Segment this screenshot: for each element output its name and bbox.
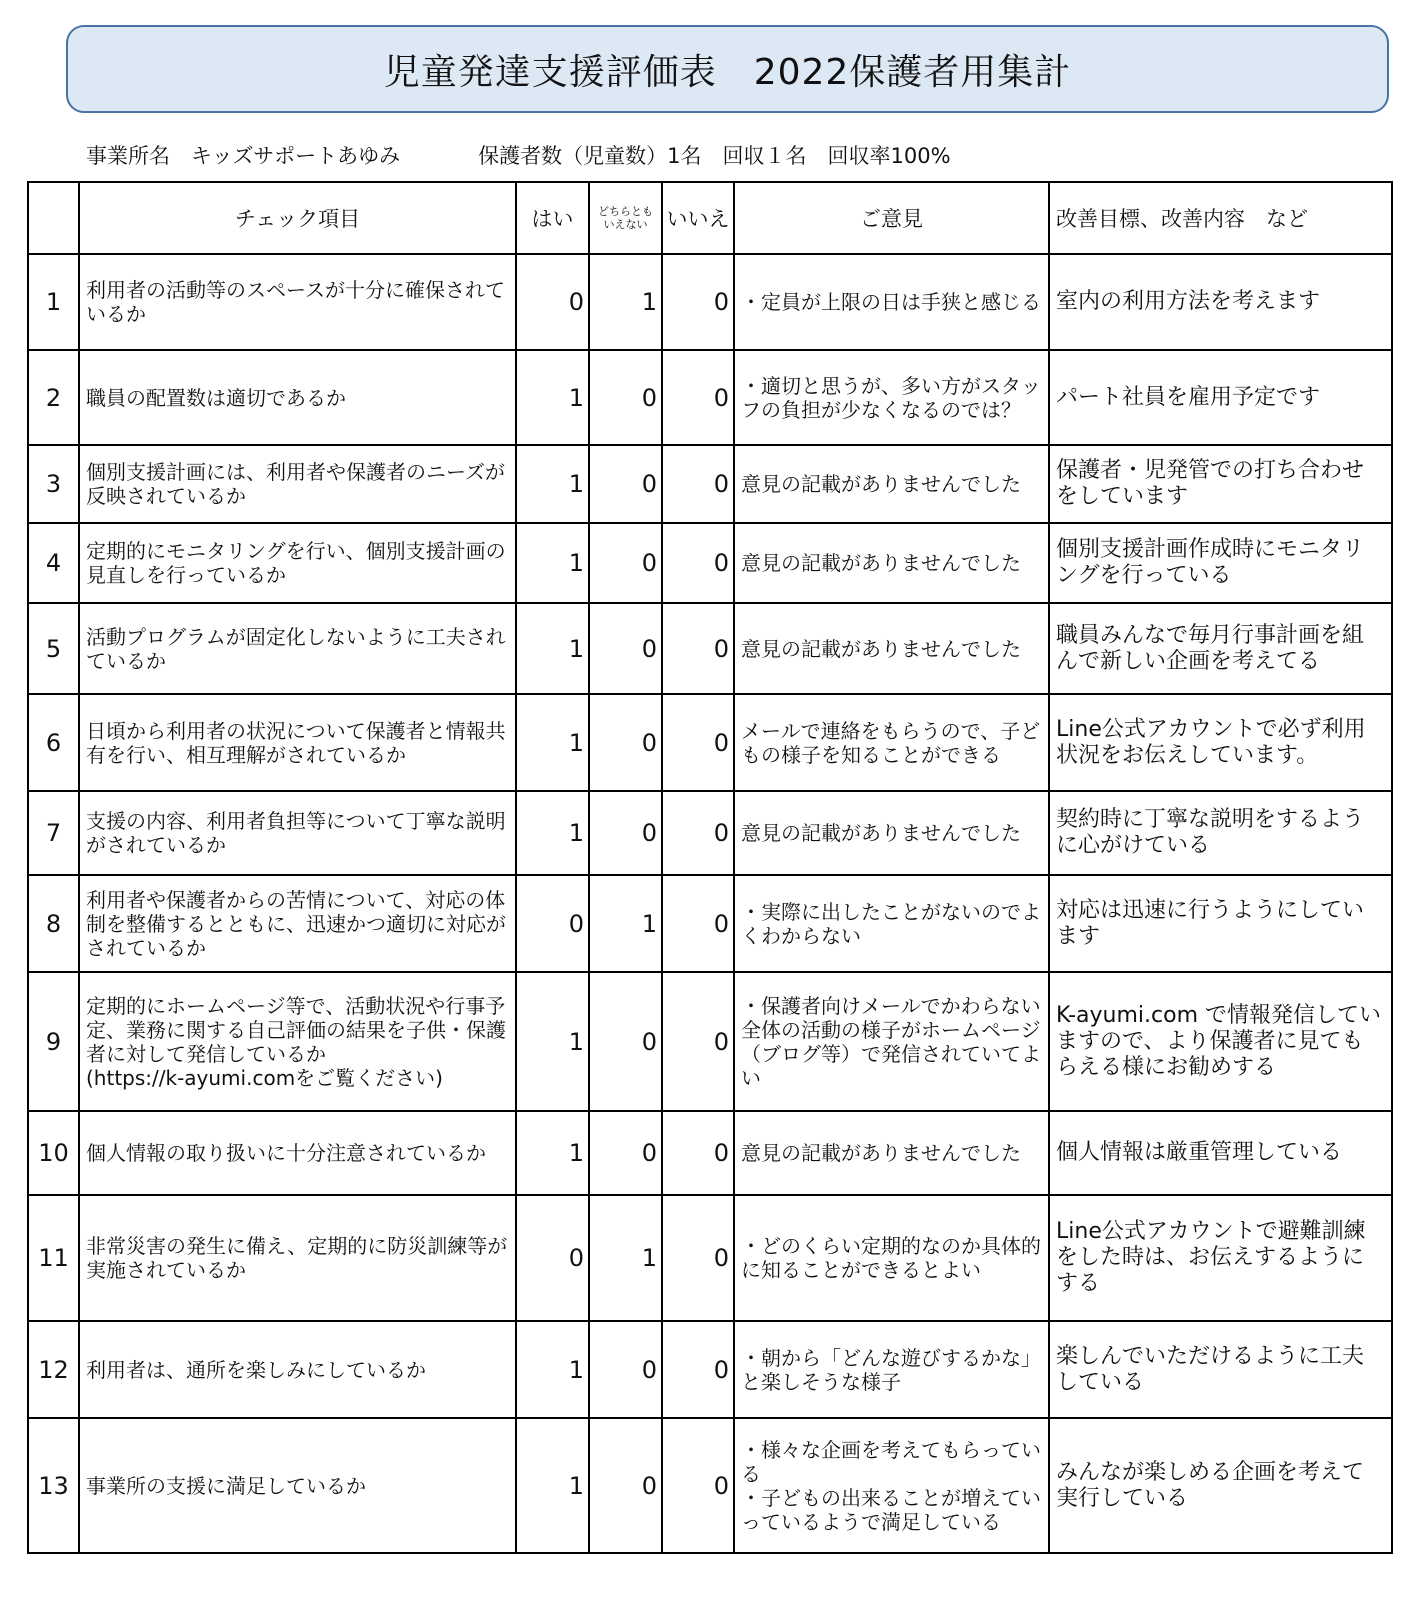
improvement: 対応は迅速に行うようにしています — [1049, 875, 1392, 972]
opinion: ・適切と思うが、多い方がスタッフの負担が少なくなるのでは？ — [734, 350, 1049, 445]
row-number: 9 — [28, 972, 79, 1111]
count-yes: 1 — [516, 694, 589, 791]
table-row: 9 定期的にホームページ等で、活動状況や行事予定、業務に関する自己評価の結果を子… — [28, 972, 1392, 1111]
header-yes: はい — [516, 182, 589, 254]
row-number: 4 — [28, 523, 79, 603]
row-number: 2 — [28, 350, 79, 445]
table-row: 2 職員の配置数は適切であるか 1 0 0 ・適切と思うが、多い方がスタッフの負… — [28, 350, 1392, 445]
header-no — [28, 182, 79, 254]
count-yes: 1 — [516, 350, 589, 445]
count-yes: 1 — [516, 791, 589, 875]
row-number: 12 — [28, 1321, 79, 1418]
header-row: チェック項目 はい どちらとも いえない いいえ ご意見 改善目標、改善内容 な… — [28, 182, 1392, 254]
count-yes: 1 — [516, 1321, 589, 1418]
opinion: ・様々な企画を考えてもらっている ・子どもの出来ることが増えていっているようで満… — [734, 1418, 1049, 1553]
row-number: 8 — [28, 875, 79, 972]
header-no-answer: いいえ — [662, 182, 734, 254]
opinion: ・定員が上限の日は手狭と感じる — [734, 254, 1049, 350]
count-no: 0 — [662, 445, 734, 523]
opinion: ・どのくらい定期的なのか具体的に知ることができるとよい — [734, 1195, 1049, 1321]
improvement: 個別支援計画作成時にモニタリングを行っている — [1049, 523, 1392, 603]
count-neutral: 0 — [589, 523, 662, 603]
page-title: 児童発達支援評価表 2022保護者用集計 — [384, 44, 1072, 95]
count-no: 0 — [662, 694, 734, 791]
count-neutral: 0 — [589, 445, 662, 523]
check-item: 個別支援計画には、利用者や保護者のニーズが反映されているか — [79, 445, 516, 523]
improvement: 個人情報は厳重管理している — [1049, 1111, 1392, 1195]
improvement: 職員みんなで毎月行事計画を組んで新しい企画を考えてる — [1049, 603, 1392, 694]
count-neutral: 0 — [589, 1111, 662, 1195]
row-number: 10 — [28, 1111, 79, 1195]
row-number: 11 — [28, 1195, 79, 1321]
table-row: 11 非常災害の発生に備え、定期的に防災訓練等が実施されているか 0 1 0 ・… — [28, 1195, 1392, 1321]
opinion: 意見の記載がありませんでした — [734, 603, 1049, 694]
count-no: 0 — [662, 603, 734, 694]
check-item: 活動プログラムが固定化しないように工夫されているか — [79, 603, 516, 694]
count-neutral: 1 — [589, 1195, 662, 1321]
check-item: 利用者や保護者からの苦情について、対応の体制を整備するとともに、迅速かつ適切に対… — [79, 875, 516, 972]
table-row: 7 支援の内容、利用者負担等について丁寧な説明がされているか 1 0 0 意見の… — [28, 791, 1392, 875]
check-item: 利用者は、通所を楽しみにしているか — [79, 1321, 516, 1418]
improvement: 契約時に丁寧な説明をするように心がけている — [1049, 791, 1392, 875]
count-no: 0 — [662, 1195, 734, 1321]
count-neutral: 0 — [589, 1321, 662, 1418]
opinion: 意見の記載がありませんでした — [734, 523, 1049, 603]
count-yes: 1 — [516, 972, 589, 1111]
improvement: 楽しんでいただけるように工夫している — [1049, 1321, 1392, 1418]
count-no: 0 — [662, 791, 734, 875]
count-neutral: 1 — [589, 254, 662, 350]
count-no: 0 — [662, 254, 734, 350]
check-item: 個人情報の取り扱いに十分注意されているか — [79, 1111, 516, 1195]
row-number: 6 — [28, 694, 79, 791]
table-row: 6 日頃から利用者の状況について保護者と情報共有を行い、相互理解がされているか … — [28, 694, 1392, 791]
opinion: 意見の記載がありませんでした — [734, 1111, 1049, 1195]
count-neutral: 0 — [589, 350, 662, 445]
table-row: 8 利用者や保護者からの苦情について、対応の体制を整備するとともに、迅速かつ適切… — [28, 875, 1392, 972]
count-yes: 1 — [516, 445, 589, 523]
office-name: 事業所名 キッズサポートあゆみ — [86, 140, 400, 170]
count-yes: 1 — [516, 1111, 589, 1195]
check-item: 定期的にホームページ等で、活動状況や行事予定、業務に関する自己評価の結果を子供・… — [79, 972, 516, 1111]
opinion: ・保護者向けメールでかわらない全体の活動の様子がホームページ（ブログ等）で発信さ… — [734, 972, 1049, 1111]
count-neutral: 0 — [589, 694, 662, 791]
header-check-item: チェック項目 — [79, 182, 516, 254]
response-summary: 保護者数（児童数）1名 回収１名 回収率100% — [478, 140, 950, 170]
improvement: Line公式アカウントで必ず利用状況をお伝えしています。 — [1049, 694, 1392, 791]
count-yes: 1 — [516, 603, 589, 694]
count-no: 0 — [662, 972, 734, 1111]
row-number: 7 — [28, 791, 79, 875]
table-row: 1 利用者の活動等のスペースが十分に確保されているか 0 1 0 ・定員が上限の… — [28, 254, 1392, 350]
count-yes: 0 — [516, 1195, 589, 1321]
count-no: 0 — [662, 350, 734, 445]
count-neutral: 0 — [589, 603, 662, 694]
count-neutral: 0 — [589, 791, 662, 875]
count-no: 0 — [662, 875, 734, 972]
header-neutral: どちらとも いえない — [589, 182, 662, 254]
count-yes: 1 — [516, 523, 589, 603]
opinion: ・実際に出したことがないのでよくわからない — [734, 875, 1049, 972]
row-number: 5 — [28, 603, 79, 694]
opinion: ・朝から「どんな遊びするかな」と楽しそうな様子 — [734, 1321, 1049, 1418]
table-row: 13 事業所の支援に満足しているか 1 0 0 ・様々な企画を考えてもらっている… — [28, 1418, 1392, 1553]
opinion: 意見の記載がありませんでした — [734, 791, 1049, 875]
count-yes: 0 — [516, 875, 589, 972]
check-item: 非常災害の発生に備え、定期的に防災訓練等が実施されているか — [79, 1195, 516, 1321]
table-row: 4 定期的にモニタリングを行い、個別支援計画の見直しを行っているか 1 0 0 … — [28, 523, 1392, 603]
opinion: メールで連絡をもらうので、子どもの様子を知ることができる — [734, 694, 1049, 791]
title-banner: 児童発達支援評価表 2022保護者用集計 — [66, 25, 1389, 113]
count-neutral: 1 — [589, 875, 662, 972]
count-no: 0 — [662, 1418, 734, 1553]
count-no: 0 — [662, 523, 734, 603]
header-opinion: ご意見 — [734, 182, 1049, 254]
header-improvement: 改善目標、改善内容 など — [1049, 182, 1392, 254]
improvement: みんなが楽しめる企画を考えて実行している — [1049, 1418, 1392, 1553]
count-neutral: 0 — [589, 1418, 662, 1553]
row-number: 1 — [28, 254, 79, 350]
count-yes: 0 — [516, 254, 589, 350]
check-item: 日頃から利用者の状況について保護者と情報共有を行い、相互理解がされているか — [79, 694, 516, 791]
count-no: 0 — [662, 1321, 734, 1418]
count-neutral: 0 — [589, 972, 662, 1111]
check-item: 定期的にモニタリングを行い、個別支援計画の見直しを行っているか — [79, 523, 516, 603]
improvement: Line公式アカウントで避難訓練をした時は、お伝えするようにする — [1049, 1195, 1392, 1321]
check-item: 利用者の活動等のスペースが十分に確保されているか — [79, 254, 516, 350]
evaluation-table: チェック項目 はい どちらとも いえない いいえ ご意見 改善目標、改善内容 な… — [27, 181, 1393, 1554]
opinion: 意見の記載がありませんでした — [734, 445, 1049, 523]
improvement: K-ayumi.com で情報発信していますので、より保護者に見てもらえる様にお… — [1049, 972, 1392, 1111]
check-item: 職員の配置数は適切であるか — [79, 350, 516, 445]
meta-line: 事業所名 キッズサポートあゆみ 保護者数（児童数）1名 回収１名 回収率100% — [86, 140, 951, 170]
check-item: 支援の内容、利用者負担等について丁寧な説明がされているか — [79, 791, 516, 875]
count-no: 0 — [662, 1111, 734, 1195]
table-row: 3 個別支援計画には、利用者や保護者のニーズが反映されているか 1 0 0 意見… — [28, 445, 1392, 523]
row-number: 13 — [28, 1418, 79, 1553]
improvement: 室内の利用方法を考えます — [1049, 254, 1392, 350]
row-number: 3 — [28, 445, 79, 523]
improvement: 保護者・児発管での打ち合わせをしています — [1049, 445, 1392, 523]
improvement: パート社員を雇用予定です — [1049, 350, 1392, 445]
check-item: 事業所の支援に満足しているか — [79, 1418, 516, 1553]
table-row: 10 個人情報の取り扱いに十分注意されているか 1 0 0 意見の記載がありませ… — [28, 1111, 1392, 1195]
table-row: 12 利用者は、通所を楽しみにしているか 1 0 0 ・朝から「どんな遊びするか… — [28, 1321, 1392, 1418]
count-yes: 1 — [516, 1418, 589, 1553]
table-row: 5 活動プログラムが固定化しないように工夫されているか 1 0 0 意見の記載が… — [28, 603, 1392, 694]
